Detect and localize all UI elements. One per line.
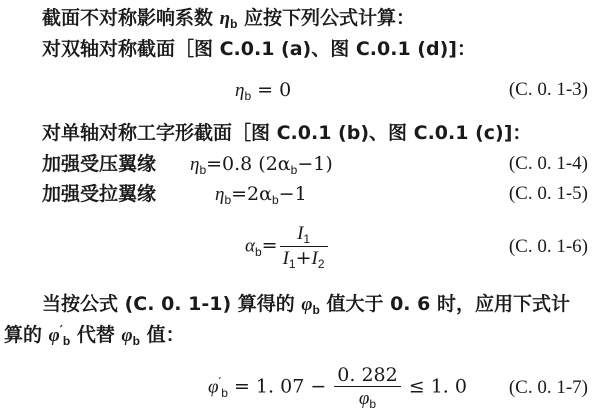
phi-prime-symbol: φ	[208, 377, 219, 398]
fraction-denominator: I1+I2	[280, 247, 328, 271]
paragraph-text: 算的	[4, 324, 49, 346]
equation-c017: φ′b = 1. 07 − 0. 282φb ≤ 1. 0	[208, 364, 467, 411]
paragraph-text: 值大于 0. 6 时，应用下式计	[320, 293, 570, 315]
phi-prime-symbol: φ	[49, 325, 60, 346]
equation-rhs-end: ≤ 1. 0	[403, 376, 467, 398]
i-symbol: I	[283, 248, 289, 269]
double-axis-heading: 对双轴对称截面［图 C.0.1 (a)、图 C.0.1 (d)]：	[42, 37, 476, 61]
eta-subscript: b	[199, 163, 206, 177]
alpha-subscript: b	[255, 245, 262, 259]
equation-c016: αb=I1I1+I2	[245, 222, 330, 271]
intro-line: 截面不对称影响系数 ηb 应按下列公式计算：	[42, 6, 415, 32]
paragraph-text: 值：	[140, 324, 185, 346]
phi-subscript: b	[369, 397, 376, 411]
equation-rhs-end: −1)	[297, 153, 332, 175]
equation-c014: ηb=0.8 (2αb−1)	[190, 152, 333, 178]
alpha-symbol: α	[245, 236, 255, 257]
equation-number: (C. 0. 1-7)	[509, 376, 588, 400]
intro-text: 截面不对称影响系数	[42, 7, 220, 29]
compression-flange-label: 加强受压翼缘	[42, 152, 156, 176]
eta-symbol: η	[220, 8, 230, 29]
equation-rhs: = 0	[251, 79, 291, 101]
fraction-numerator: 0. 282	[334, 364, 400, 387]
i-subscript: 1	[303, 232, 310, 246]
paragraph-text: 当按公式 (C. 0. 1-1) 算得的	[42, 293, 301, 315]
alpha-subscript: b	[272, 193, 279, 207]
phi-symbol: φ	[301, 294, 312, 315]
equation-c013: ηb = 0	[235, 78, 291, 104]
i-subscript: 1	[289, 257, 296, 271]
phi-symbol: φ	[359, 388, 370, 409]
paragraph-text: 代替	[70, 324, 121, 346]
equation-rhs-end: −1	[279, 183, 307, 205]
fraction: 0. 282φb	[334, 364, 400, 411]
intro-suffix: 应按下列公式计算：	[237, 7, 415, 29]
phi-subscript: b	[221, 386, 228, 400]
fraction: I1I1+I2	[280, 222, 328, 271]
i-subscript: 2	[318, 257, 325, 271]
equation-rhs: =2α	[231, 183, 272, 205]
equation-number: (C. 0. 1-5)	[509, 182, 588, 206]
equation-rhs: =0.8 (2α	[206, 153, 291, 175]
tension-flange-label: 加强受拉翼缘	[42, 182, 156, 206]
alpha-subscript: b	[291, 163, 298, 177]
equation-number: (C. 0. 1-3)	[509, 78, 588, 102]
phi-subscript: b	[133, 334, 140, 348]
eta-subscript: b	[244, 89, 251, 103]
fraction-denominator: φb	[334, 387, 400, 411]
paragraph-line-1: 当按公式 (C. 0. 1-1) 算得的 φb 值大于 0. 6 时，应用下式计	[42, 292, 570, 318]
equation-c015: ηb=2αb−1	[215, 182, 307, 208]
phi-subscript: b	[313, 303, 320, 317]
equation-number: (C. 0. 1-4)	[509, 152, 588, 176]
equals-sign: =	[262, 235, 278, 257]
equation-rhs: = 1. 07 −	[228, 376, 332, 398]
phi-subscript: b	[63, 334, 70, 348]
plus-sign: +	[296, 247, 312, 269]
equation-number: (C. 0. 1-6)	[509, 235, 588, 259]
paragraph-line-2: 算的 φ′b 代替 φb 值：	[4, 323, 185, 349]
phi-symbol: φ	[122, 325, 133, 346]
fraction-numerator: I1	[280, 222, 328, 247]
eta-subscript: b	[224, 193, 231, 207]
single-axis-heading: 对单轴对称工字形截面［图 C.0.1 (b)、图 C.0.1 (c)]：	[42, 121, 531, 145]
eta-subscript: b	[230, 17, 237, 31]
i-symbol: I	[312, 248, 318, 269]
